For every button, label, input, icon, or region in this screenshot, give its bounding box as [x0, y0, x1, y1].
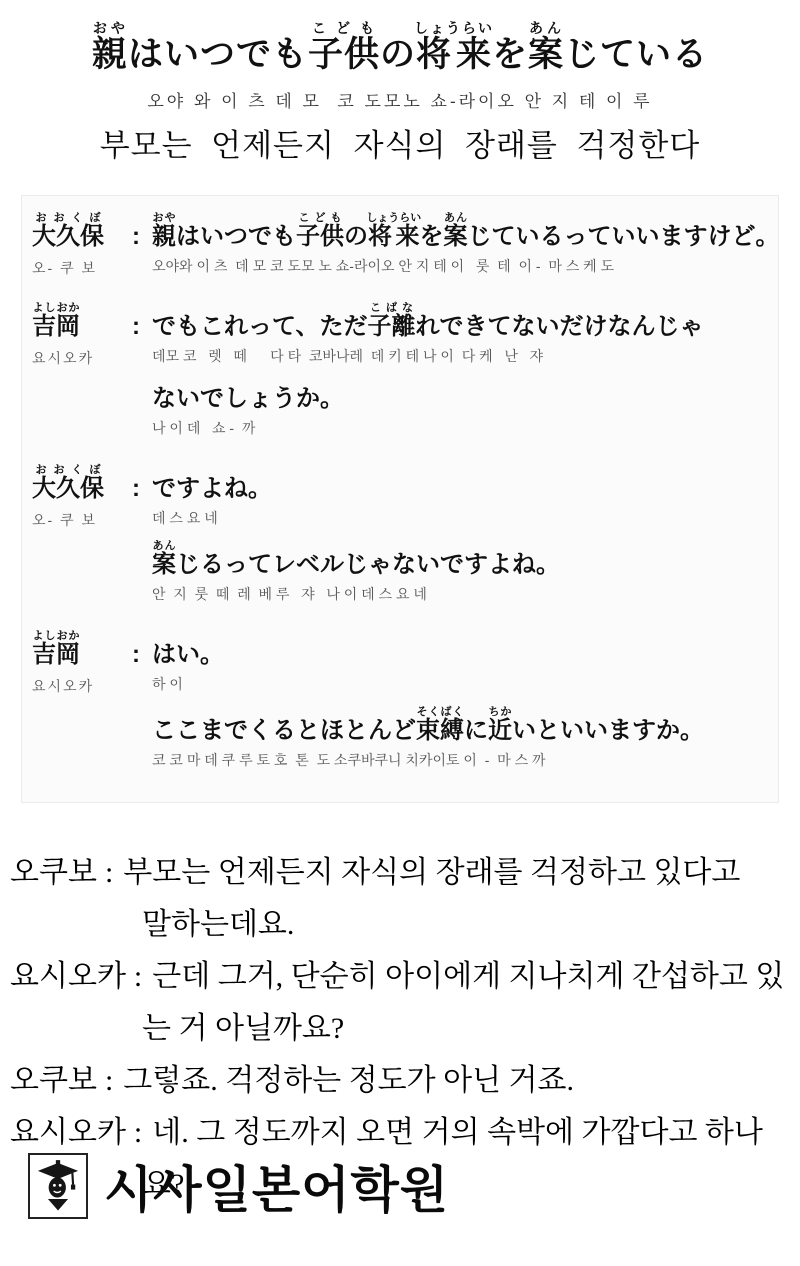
speaker: 大久保おおくぼ 오- 쿠 보	[32, 464, 120, 530]
speaker-colon: :	[120, 641, 152, 669]
korean-pronunciation: 코 코 마 데 쿠 루 토 호 톤 도 소쿠바쿠니 치카이토 이 - 마 스 까	[152, 750, 772, 770]
translation-speaker: 오쿠보	[10, 1064, 97, 1097]
dialogue-box: 大久保おおくぼ 오- 쿠 보 : 親おやはいつでも子供こどもの将来しょうらいを案…	[21, 195, 779, 803]
dialogue-lines: 親おやはいつでも子供こどもの将来しょうらいを案あんじているっていいますけど。 오…	[152, 212, 772, 288]
speaker: 吉岡よしおか 요시오카	[32, 630, 120, 696]
translation-first-line: 오쿠보:부모는 언제든지 자식의 장래를 걱정하고 있다고	[10, 847, 790, 899]
korean-pronunciation: 데모 코 렛 떼 다 타 코바나레 데 키 테 나 이 다 케 난 쟈	[152, 346, 772, 366]
translation-text: 그렇죠. 걱정하는 정도가 아닌 거죠.	[123, 1064, 574, 1097]
translation-entry: 요시오카:근데 그거, 단순히 아이에게 지나치게 간섭하고 있 는 거 아닐까…	[10, 951, 790, 1055]
speaker-colon: :	[120, 313, 152, 341]
korean-pronunciation: 오야와 이 츠 데 모 코 도모 노 쇼-라이오 안 지 테 이 룻 테 이 -…	[152, 256, 772, 276]
translation-first-line: 오쿠보:그렇죠. 걱정하는 정도가 아닌 거죠.	[10, 1055, 790, 1107]
japanese-title: 親おやはいつでも子供こどもの将来しょうらいを案あんじている	[0, 20, 800, 75]
translation-continuation: 말하는데요.	[142, 899, 790, 951]
graduate-icon	[28, 1153, 88, 1219]
dialogue-line: ここまでくるとほとんど束縛そくばくに近ちかいといいますか。 코 코 마 데 쿠 …	[152, 706, 772, 770]
dialogue-line: ないでしょうか。 나 이 데 쇼 - 까	[152, 378, 772, 438]
japanese-text: はい。	[152, 634, 772, 669]
dialogue-lines: でもこれって、ただ子離こばなれできてないだけなんじゃ 데모 코 렛 떼 다 타 …	[152, 302, 772, 450]
japanese-text: ないでしょうか。	[152, 378, 772, 413]
speaker-colon: :	[120, 223, 152, 251]
korean-pronunciation: 데 스 요 네	[152, 508, 772, 528]
translation-speaker: 오쿠보	[10, 856, 97, 889]
header: 親おやはいつでも子供こどもの将来しょうらいを案あんじている 오야 와 이 츠 데…	[0, 0, 800, 165]
lesson-page: 親おやはいつでも子供こどもの将来しょうらいを案あんじている 오야 와 이 츠 데…	[0, 0, 800, 1266]
dialogue-entry: 大久保おおくぼ 오- 쿠 보 : ですよね。 데 스 요 네 案あんじるってレベ…	[32, 464, 772, 616]
speaker-reading: 오- 쿠 보	[32, 510, 120, 530]
dialogue-entry: 吉岡よしおか 요시오카 : はい。 하 이 ここまでくるとほとんど束縛そくばくに…	[32, 630, 772, 782]
translation-first-line: 요시오카:근데 그거, 단순히 아이에게 지나치게 간섭하고 있	[10, 951, 790, 1003]
translation-speaker: 요시오카	[10, 960, 126, 993]
korean-pronunciation: 나 이 데 쇼 - 까	[152, 418, 772, 438]
japanese-text: でもこれって、ただ子離こばなれできてないだけなんじゃ	[152, 302, 772, 341]
japanese-text: ですよね。	[152, 468, 772, 503]
academy-name: 시사일본어학원	[104, 1150, 449, 1222]
japanese-text: ここまでくるとほとんど束縛そくばくに近ちかいといいますか。	[152, 706, 772, 745]
dialogue-line: 案あんじるってレベルじゃないですよね。 안 지 룻 떼 레 베 루 쟈 나 이 …	[152, 540, 772, 604]
speaker-name: 大久保おおくぼ	[32, 212, 120, 251]
speaker: 吉岡よしおか 요시오카	[32, 302, 120, 368]
dialogue-lines: はい。 하 이 ここまでくるとほとんど束縛そくばくに近ちかいといいますか。 코 …	[152, 634, 772, 782]
translation-text: 근데 그거, 단순히 아이에게 지나치게 간섭하고 있	[152, 960, 784, 993]
japanese-text: 案あんじるってレベルじゃないですよね。	[152, 540, 772, 579]
speaker-name: 吉岡よしおか	[32, 302, 120, 341]
dialogue-entry: 大久保おおくぼ 오- 쿠 보 : 親おやはいつでも子供こどもの将来しょうらいを案…	[32, 212, 772, 288]
speaker-reading: 요시오카	[32, 348, 120, 368]
speaker-reading: 오- 쿠 보	[32, 258, 120, 278]
speaker-reading: 요시오카	[32, 676, 120, 696]
japanese-text: 親おやはいつでも子供こどもの将来しょうらいを案あんじているっていいますけど。	[152, 212, 772, 251]
speaker-name: 大久保おおくぼ	[32, 464, 120, 503]
dialogue-entry: 吉岡よしおか 요시오카 : でもこれって、ただ子離こばなれできてないだけなんじゃ…	[32, 302, 772, 450]
speaker: 大久保おおくぼ 오- 쿠 보	[32, 212, 120, 278]
korean-pronunciation: 하 이	[152, 674, 772, 694]
translation-colon: :	[126, 960, 152, 993]
dialogue-line: はい。 하 이	[152, 634, 772, 694]
title-korean-translation: 부모는 언제든지 자식의 장래를 걱정한다	[0, 120, 800, 165]
translation-continuation: 는 거 아닐까요?	[142, 1003, 790, 1055]
dialogue-lines: ですよね。 데 스 요 네 案あんじるってレベルじゃないですよね。 안 지 룻 …	[152, 468, 772, 616]
speaker-colon: :	[120, 475, 152, 503]
translation-entry: 오쿠보:그렇죠. 걱정하는 정도가 아닌 거죠.	[10, 1055, 790, 1107]
dialogue-line: 親おやはいつでも子供こどもの将来しょうらいを案あんじているっていいますけど。 오…	[152, 212, 772, 276]
translation-colon: :	[97, 1064, 123, 1097]
dialogue-line: でもこれって、ただ子離こばなれできてないだけなんじゃ 데모 코 렛 떼 다 타 …	[152, 302, 772, 366]
title-pronunciation: 오야 와 이 츠 데 모 코 도모노 쇼-라이오 안 지 테 이 루	[0, 87, 800, 112]
translation-speaker: 요시오카	[10, 1116, 126, 1149]
translation-colon: :	[126, 1116, 152, 1149]
korean-pronunciation: 안 지 룻 떼 레 베 루 쟈 나 이 데 스 요 네	[152, 584, 772, 604]
translation-text: 부모는 언제든지 자식의 장래를 걱정하고 있다고	[123, 856, 740, 889]
translation-text: 네. 그 정도까지 오면 거의 속박에 가깝다고 하나	[152, 1116, 763, 1149]
dialogue-line: ですよね。 데 스 요 네	[152, 468, 772, 528]
translation-entry: 오쿠보:부모는 언제든지 자식의 장래를 걱정하고 있다고 말하는데요.	[10, 847, 790, 951]
translation-colon: :	[97, 856, 123, 889]
academy-logo: 시사일본어학원	[28, 1150, 449, 1222]
speaker-name: 吉岡よしおか	[32, 630, 120, 669]
